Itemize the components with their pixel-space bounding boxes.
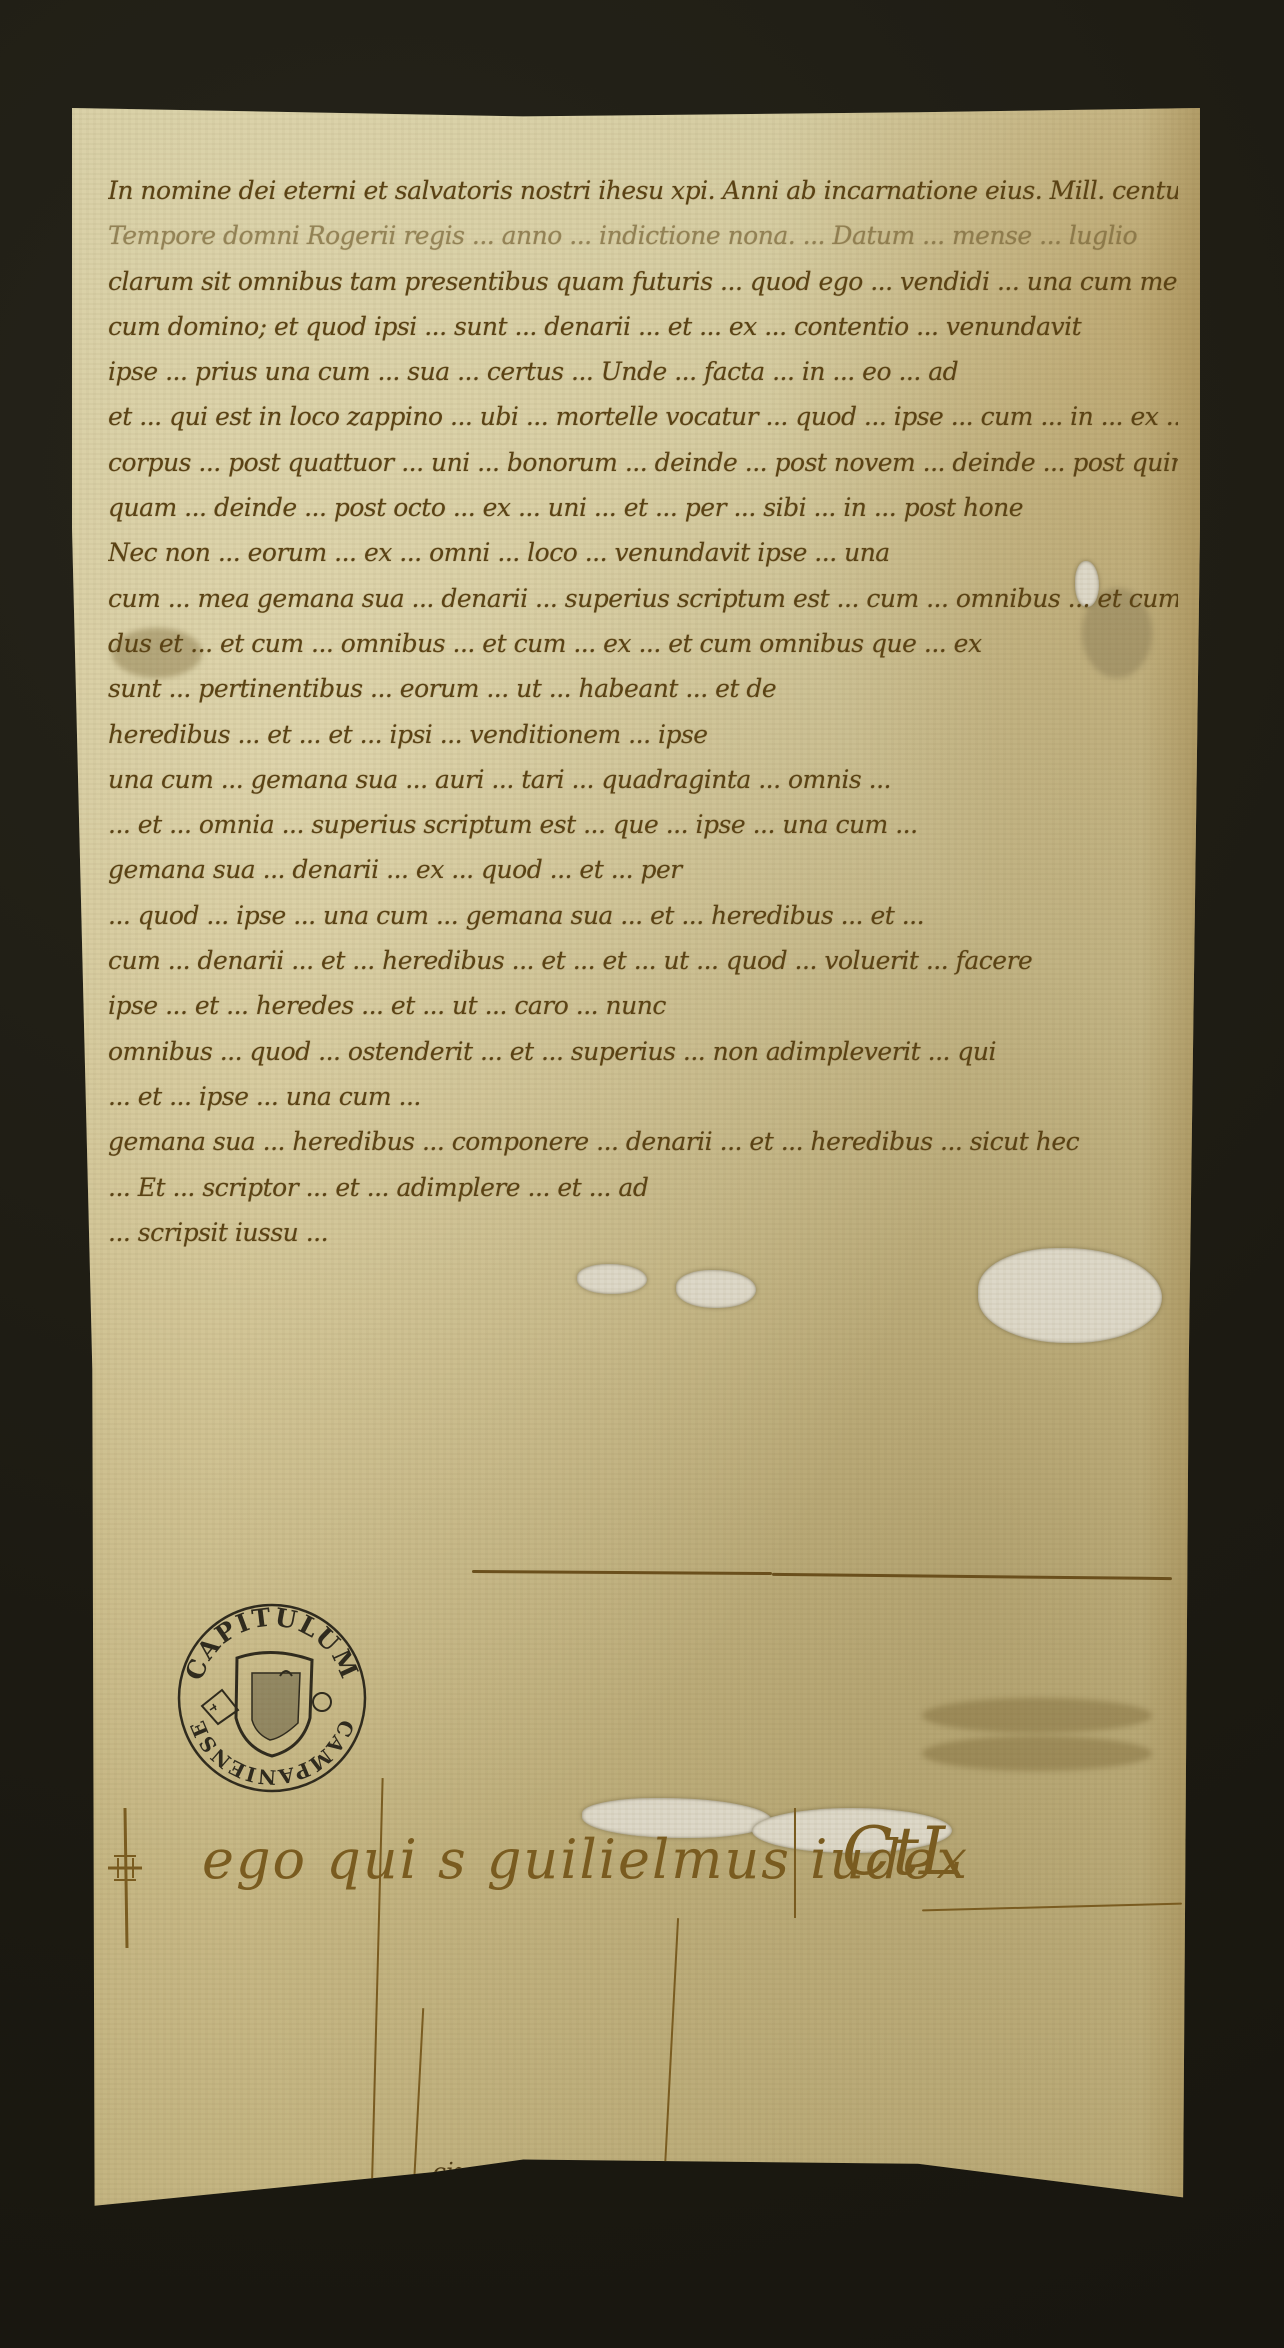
text-line: corpus ... post quattuor ... uni ... bon… xyxy=(108,440,1178,485)
damage-patch xyxy=(577,1264,647,1294)
text-line: heredibus ... et ... et ... ipsi ... ven… xyxy=(108,712,1178,757)
judge-signature: ego qui s guilielmus iudex CtL xyxy=(92,1808,1192,1928)
text-line: ... Et ... scriptor ... et ... adimplere… xyxy=(108,1165,1178,1210)
stain-spot xyxy=(922,1736,1152,1771)
charter-text: In nomine dei eterni et salvatoris nostr… xyxy=(108,168,1178,1255)
text-line: ... et ... ipse ... una cum ... xyxy=(108,1074,1178,1119)
text-line: cum domino; et quod ipsi ... sunt ... de… xyxy=(108,304,1178,349)
damage-patch xyxy=(676,1270,756,1308)
text-line: In nomine dei eterni et salvatoris nostr… xyxy=(108,168,1178,213)
text-line: ... et ... omnia ... superius scriptum e… xyxy=(108,802,1178,847)
closing-rule xyxy=(772,1573,1172,1580)
text-line: Nec non ... eorum ... ex ... omni ... lo… xyxy=(108,530,1178,575)
text-line: ipse ... prius una cum ... sua ... certu… xyxy=(108,349,1178,394)
archive-stamp: CAPITULUM CAMPANIENSE xyxy=(172,1598,372,1798)
text-line: Tempore domni Rogerii regis ... anno ...… xyxy=(108,213,1178,258)
text-line: quam ... deinde ... post octo ... ex ...… xyxy=(108,485,1178,530)
text-line: dus et ... et cum ... omnibus ... et cum… xyxy=(108,621,1178,666)
text-line: ... quod ... ipse ... una cum ... gemana… xyxy=(108,893,1178,938)
text-line: clarum sit omnibus tam presentibus quam … xyxy=(108,259,1178,304)
text-line: gemana sua ... heredibus ... componere .… xyxy=(108,1119,1178,1164)
stamp-seal-icon: CAPITULUM CAMPANIENSE xyxy=(172,1598,372,1798)
stain-spot xyxy=(922,1698,1152,1733)
svg-text:CAPITULUM: CAPITULUM xyxy=(180,1602,365,1684)
ink-stroke xyxy=(663,1918,679,2188)
text-line: sunt ... pertinentibus ... eorum ... ut … xyxy=(108,666,1178,711)
text-line: omnibus ... quod ... ostenderit ... et .… xyxy=(108,1029,1178,1074)
signature-flourish xyxy=(922,1903,1182,1912)
text-line: una cum ... gemana sua ... auri ... tari… xyxy=(108,757,1178,802)
damage-patch xyxy=(978,1248,1162,1343)
text-line: gemana sua ... denarii ... ex ... quod .… xyxy=(108,847,1178,892)
parchment-charter: In nomine dei eterni et salvatoris nostr… xyxy=(72,108,1200,2210)
text-line: cum ... mea gemana sua ... denarii ... s… xyxy=(108,576,1178,621)
text-line: ... scripsit iussu ... xyxy=(108,1210,1178,1255)
signature-monogram: CtL xyxy=(842,1813,963,1890)
signum-cross-icon xyxy=(100,1808,150,1948)
text-line: et ... qui est in loco zappino ... ubi .… xyxy=(108,394,1178,439)
text-line: cum ... denarii ... et ... heredibus ...… xyxy=(108,938,1178,983)
closing-rule xyxy=(472,1570,772,1575)
text-line: ipse ... et ... heredes ... et ... ut ..… xyxy=(108,983,1178,1028)
